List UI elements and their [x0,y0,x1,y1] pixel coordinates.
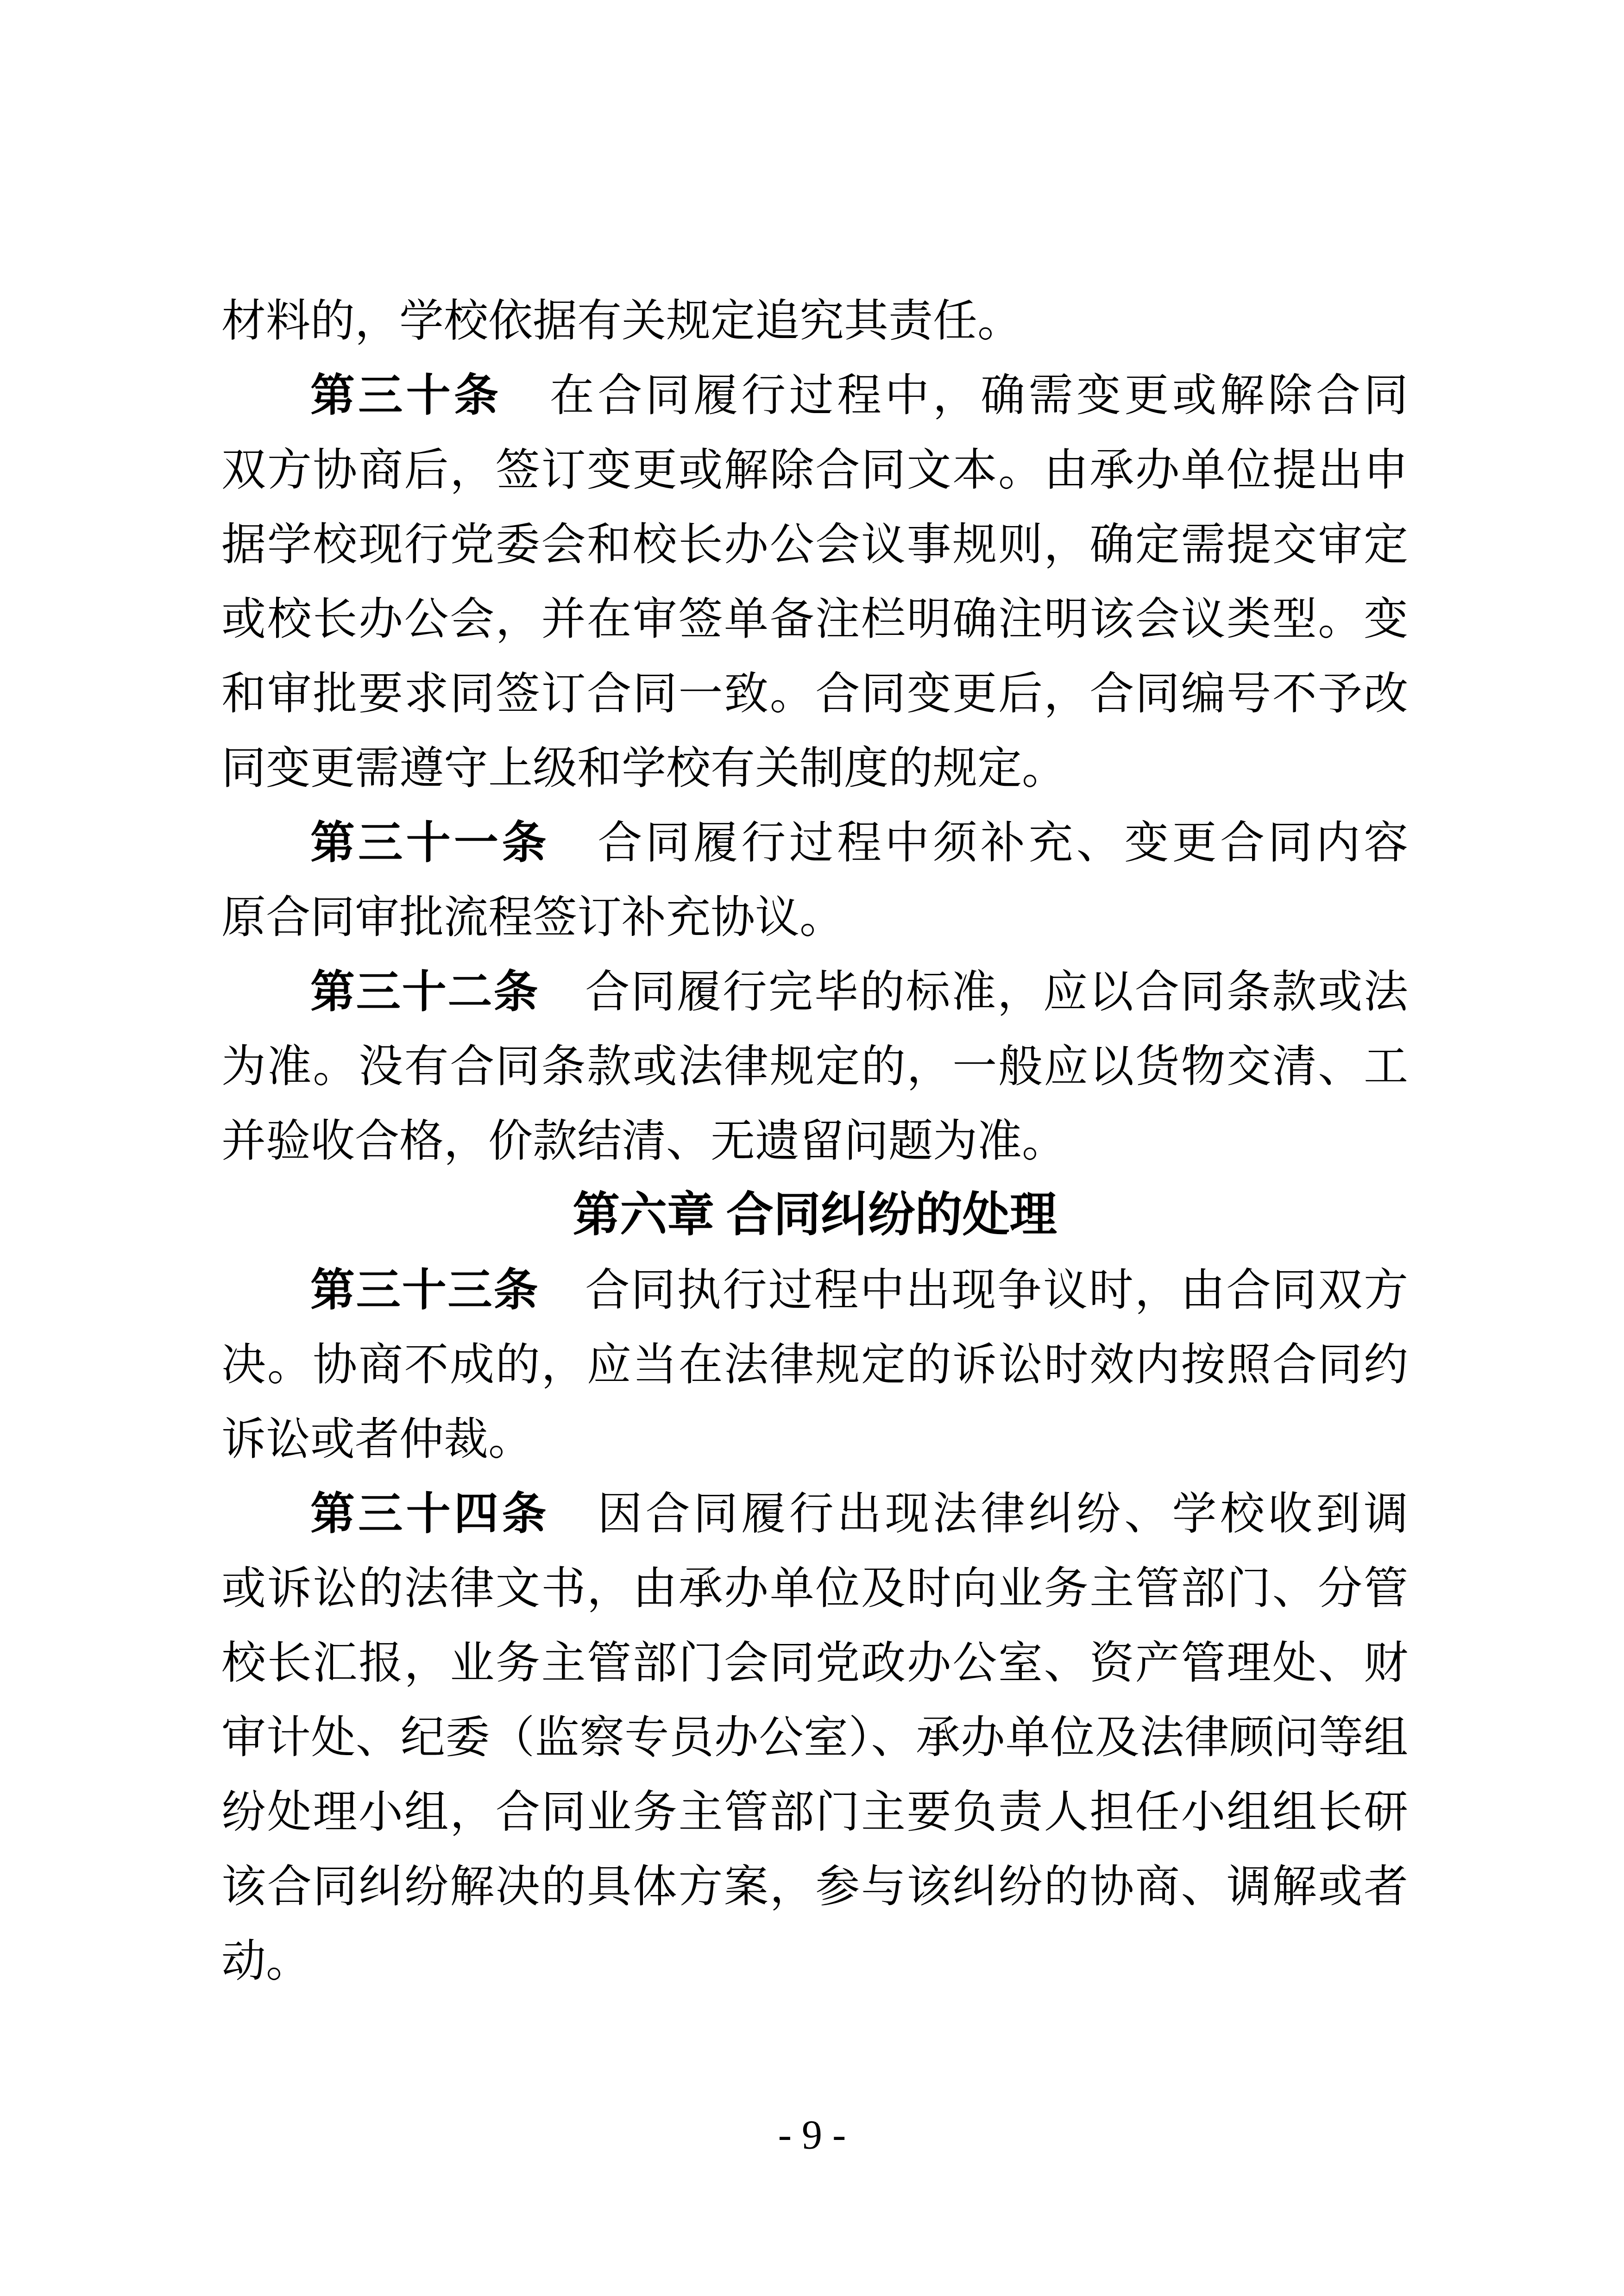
document-page: 材料的，学校依据有关规定追究其责任。第三十条 在合同履行过程中，确需变更或解除合… [0,0,1624,2296]
text-line: 双方协商后，签订变更或解除合同文本。由承办单位提出申请，依 [221,433,1408,507]
text-segment: 审计处、纪委（监察专员办公室）、承办单位及法律顾问等组成纠 [221,1713,1408,1775]
chapter-heading: 第六章 合同纠纷的处理 [221,1178,1408,1253]
article-number-label: 第三十二条 [310,967,585,1016]
text-segment: 材料的，学校依据有关规定追究其责任。 [221,296,1022,345]
text-segment: 和审批要求同签订合同一致。合同变更后，合同编号不予改变。合 [221,669,1408,731]
text-line: 纷处理小组，合同业务主管部门主要负责人担任小组组长研究确定 [221,1775,1408,1849]
text-line: 动。 [221,1924,1408,1998]
text-segment: 双方协商后，签订变更或解除合同文本。由承办单位提出申请，依 [221,445,1408,507]
text-line: 第三十条 在合同履行过程中，确需变更或解除合同的，应经 [221,358,1408,433]
text-line: 第三十三条 合同执行过程中出现争议时，由合同双方协商解 [221,1253,1408,1327]
text-line: 为准。没有合同条款或法律规定的，一般应以货物交清、工程竣工 [221,1029,1408,1104]
text-line: 材料的，学校依据有关规定追究其责任。 [221,283,1408,358]
text-line: 第三十二条 合同履行完毕的标准，应以合同条款或法律规定 [221,954,1408,1029]
article-number-label: 第三十条 [310,370,550,420]
text-segment: 决。协商不成的，应当在法律规定的诉讼时效内按照合同约定提起 [221,1340,1408,1402]
article-number-label: 第六章 合同纠纷的处理 [573,1189,1057,1242]
text-segment: 同变更需遵守上级和学校有关制度的规定。 [221,743,1066,793]
text-line: 第三十四条 因合同履行出现法律纠纷、学校收到调解、仲裁 [221,1476,1408,1551]
text-line: 或校长办公会，并在审签单备注栏明确注明该会议类型。变更程序 [221,582,1408,656]
text-line: 和审批要求同签订合同一致。合同变更后，合同编号不予改变。合 [221,656,1408,731]
article-number-label: 第三十一条 [310,818,598,867]
text-line: 该合同纠纷解决的具体方案，参与该纠纷的协商、调解或者诉讼活 [221,1849,1408,1924]
text-segment: 据学校现行党委会和校长办公会议事规则，确定需提交审定党委会 [221,520,1408,582]
text-line: 审计处、纪委（监察专员办公室）、承办单位及法律顾问等组成纠 [221,1700,1408,1775]
text-line: 诉讼或者仲裁。 [221,1402,1408,1476]
text-line: 原合同审批流程签订补充协议。 [221,880,1408,954]
text-segment: 或诉讼的法律文书，由承办单位及时向业务主管部门、分管校领导、 [221,1563,1408,1625]
text-segment: 为准。没有合同条款或法律规定的，一般应以货物交清、工程竣工 [221,1041,1408,1104]
text-line: 据学校现行党委会和校长办公会议事规则，确定需提交审定党委会 [221,507,1408,582]
text-segment: 或校长办公会，并在审签单备注栏明确注明该会议类型。变更程序 [221,594,1408,656]
article-number-label: 第三十三条 [310,1265,585,1315]
text-segment: 诉讼或者仲裁。 [221,1414,533,1464]
text-block: 材料的，学校依据有关规定追究其责任。第三十条 在合同履行过程中，确需变更或解除合… [221,283,1408,1998]
text-line: 校长汇报，业务主管部门会同党政办公室、资产管理处、财务处、 [221,1625,1408,1700]
text-segment: 原合同审批流程签订补充协议。 [221,892,844,942]
text-segment: 校长汇报，业务主管部门会同党政办公室、资产管理处、财务处、 [221,1638,1408,1700]
text-line: 第三十一条 合同履行过程中须补充、变更合同内容的，应按 [221,805,1408,880]
text-segment: 纷处理小组，合同业务主管部门主要负责人担任小组组长研究确定 [221,1787,1408,1849]
text-line: 同变更需遵守上级和学校有关制度的规定。 [221,731,1408,805]
text-line: 决。协商不成的，应当在法律规定的诉讼时效内按照合同约定提起 [221,1327,1408,1402]
text-segment: 动。 [221,1936,310,1986]
article-number-label: 第三十四条 [310,1489,598,1538]
text-segment: 该合同纠纷解决的具体方案，参与该纠纷的协商、调解或者诉讼活 [221,1862,1408,1924]
text-segment: 并验收合格，价款结清、无遗留问题为准。 [221,1116,1066,1166]
text-line: 或诉讼的法律文书，由承办单位及时向业务主管部门、分管校领导、 [221,1551,1408,1625]
text-line: 并验收合格，价款结清、无遗留问题为准。 [221,1104,1408,1178]
page-number: - 9 - [0,2110,1624,2161]
